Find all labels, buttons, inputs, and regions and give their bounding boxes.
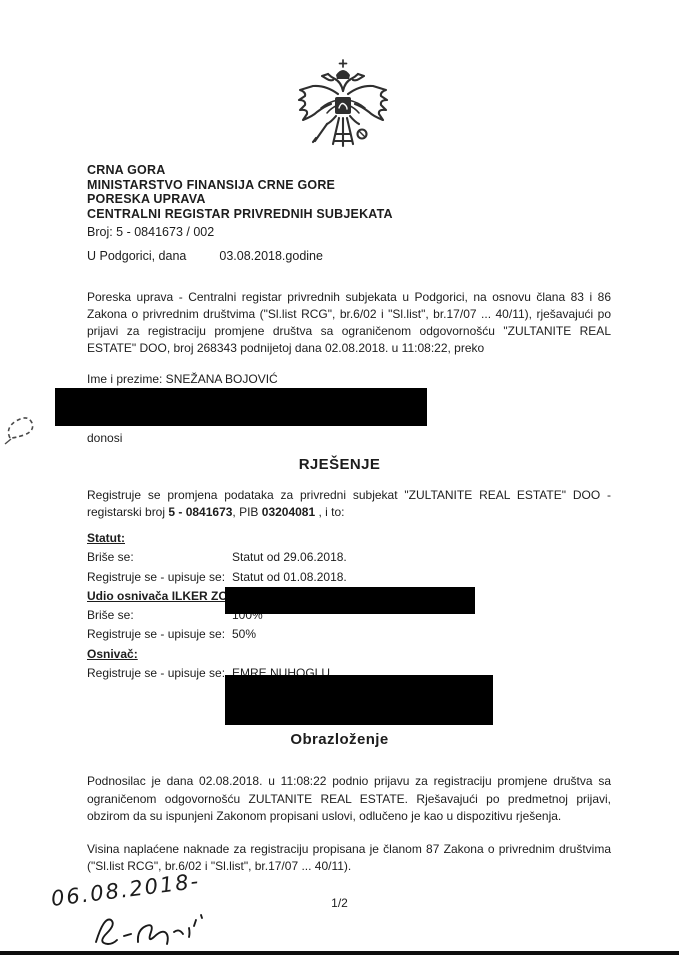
document-date: 03.08.2018.godine (219, 249, 323, 264)
redaction-box-founder-id (225, 587, 475, 614)
registry-row: Registruje se - upisuje se: Statut od 01… (87, 568, 611, 587)
signature-icon (96, 915, 202, 944)
decision-intro-paragraph: Registruje se promjena podataka za privr… (87, 487, 611, 521)
decision-intro-part2: , PIB (232, 505, 261, 519)
explanation-paragraph-1: Podnosilac je dana 02.08.2018. u 11:08:2… (87, 773, 611, 826)
row-value: Statut od 01.08.2018. (232, 568, 347, 587)
decision-title: RJEŠENJE (0, 456, 679, 473)
pen-scribble-mark (2, 408, 44, 448)
submitter-line: Ime i prezime: SNEŽANA BOJOVIĆ (87, 372, 278, 386)
row-label: Briše se: (87, 548, 232, 567)
org-ministry: MINISTARSTVO FINANSIJA CRNE GORE (87, 178, 517, 193)
registry-row: Briše se: Statut od 29.06.2018. (87, 548, 611, 567)
place-label: U Podgorici, dana (87, 249, 186, 264)
intro-paragraph: Poreska uprava - Centralni registar priv… (87, 289, 611, 357)
page-number: 1/2 (0, 896, 679, 910)
section-heading-statut: Statut: (87, 529, 611, 548)
registry-row: Registruje se - upisuje se: 50% (87, 625, 611, 644)
handwritten-annotation: 06.08.2018- (38, 870, 298, 958)
row-label: Registruje se - upisuje se: (87, 568, 232, 587)
row-label: Registruje se - upisuje se: (87, 664, 232, 683)
row-value: Statut od 29.06.2018. (232, 548, 347, 567)
section-heading-osnivac: Osnivač: (87, 645, 611, 664)
pib-number: 03204081 (262, 505, 315, 519)
org-country: CRNA GORA (87, 163, 517, 178)
explanation-title: Obrazloženje (0, 731, 679, 748)
redaction-box-founder-details (225, 675, 493, 725)
decision-intro-part3: , i to: (315, 505, 344, 519)
decision-intro-part1: Registruje se promjena podataka za privr… (87, 488, 611, 519)
org-administration: PORESKA UPRAVA (87, 192, 517, 207)
registry-number: 5 - 0841673 (168, 505, 232, 519)
scan-edge-bar (0, 951, 679, 955)
redaction-box-submitter (55, 388, 427, 426)
row-label: Briše se: (87, 606, 232, 625)
row-label: Registruje se - upisuje se: (87, 625, 232, 644)
donosi-line: donosi (87, 431, 122, 445)
document-page: CRNA GORA MINISTARSTVO FINANSIJA CRNE GO… (0, 0, 679, 960)
org-registry: CENTRALNI REGISTAR PRIVREDNIH SUBJEKATA (87, 207, 517, 222)
letterhead: CRNA GORA MINISTARSTVO FINANSIJA CRNE GO… (87, 163, 517, 264)
montenegro-coat-of-arms-icon (292, 58, 394, 162)
place-date-line: U Podgorici, dana 03.08.2018.godine (87, 249, 517, 264)
row-value: 50% (232, 625, 256, 644)
document-number: Broj: 5 - 0841673 / 002 (87, 225, 517, 240)
